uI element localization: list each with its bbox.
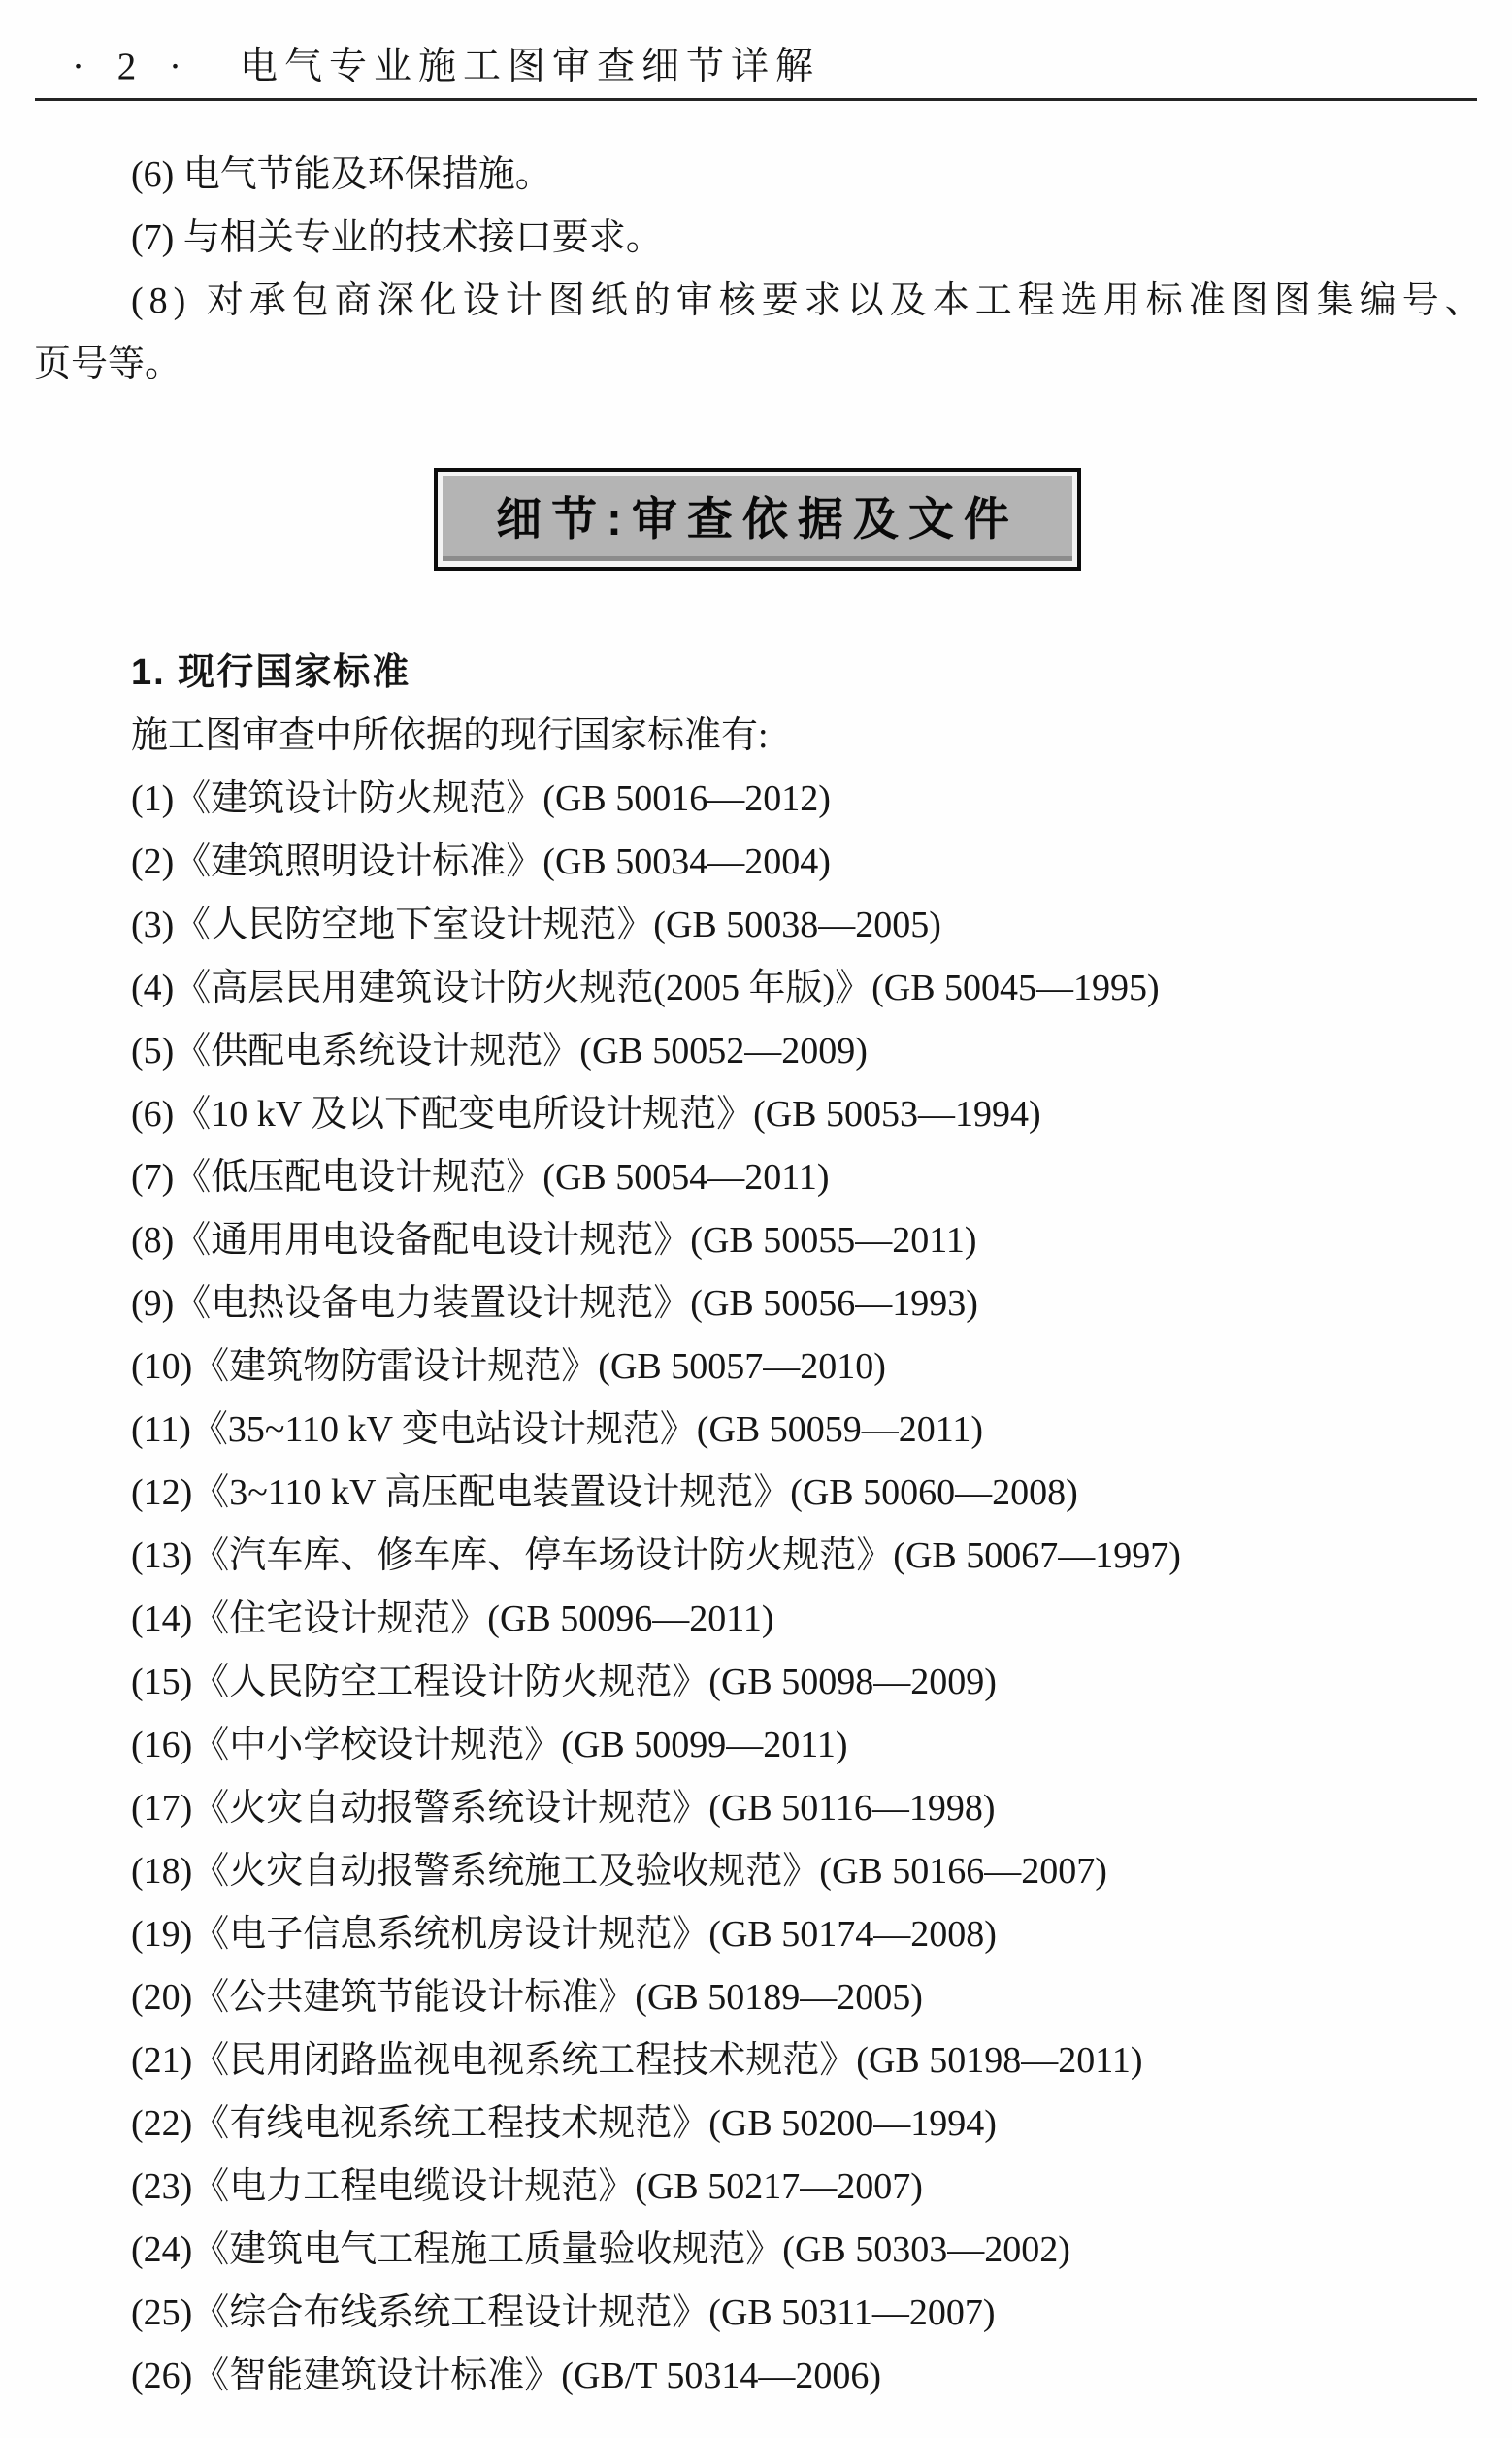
standard-item-20: (20)《公共建筑节能设计标准》(GB 50189—2005) xyxy=(34,1966,1490,2029)
standard-item-11: (11)《35~110 kV 变电站设计规范》(GB 50059—2011) xyxy=(34,1399,1490,1462)
standard-item-16: (16)《中小学校设计规范》(GB 50099—2011) xyxy=(34,1714,1490,1777)
lead-line: 施工图审查中所依据的现行国家标准有: xyxy=(34,705,1490,768)
standard-item-5: (5)《供配电系统设计规范》(GB 50052—2009) xyxy=(34,1020,1490,1083)
intro-line-8-continued: 页号等。 xyxy=(34,333,1485,396)
standard-item-12: (12)《3~110 kV 高压配电装置设计规范》(GB 50060—2008) xyxy=(34,1462,1490,1525)
standard-item-2: (2)《建筑照明设计标准》(GB 50034—2004) xyxy=(34,831,1490,894)
standard-item-22: (22)《有线电视系统工程技术规范》(GB 50200—1994) xyxy=(34,2092,1490,2156)
standards-section: 1. 现行国家标准 施工图审查中所依据的现行国家标准有: (1)《建筑设计防火规… xyxy=(34,642,1490,2408)
standard-item-23: (23)《电力工程电缆设计规范》(GB 50217—2007) xyxy=(34,2156,1490,2219)
standard-item-15: (15)《人民防空工程设计防火规范》(GB 50098—2009) xyxy=(34,1651,1490,1714)
section-title: 细节:审查依据及文件 xyxy=(496,483,1019,548)
intro-line-6: (6) 电气节能及环保措施。 xyxy=(34,144,1485,207)
standard-item-7: (7)《低压配电设计规范》(GB 50054—2011) xyxy=(34,1146,1490,1209)
standard-item-25: (25)《综合布线系统工程设计规范》(GB 50311—2007) xyxy=(34,2282,1490,2345)
standard-item-8: (8)《通用用电设备配电设计规范》(GB 50055—2011) xyxy=(34,1209,1490,1272)
standard-item-13: (13)《汽车库、修车库、停车场设计防火规范》(GB 50067—1997) xyxy=(34,1525,1490,1588)
section-title-panel: 细节:审查依据及文件 xyxy=(443,476,1072,561)
standard-item-3: (3)《人民防空地下室设计规范》(GB 50038—2005) xyxy=(34,894,1490,957)
standard-item-26: (26)《智能建筑设计标准》(GB/T 50314—2006) xyxy=(34,2345,1490,2408)
standard-item-24: (24)《建筑电气工程施工质量验收规范》(GB 50303—2002) xyxy=(34,2219,1490,2282)
standard-item-18: (18)《火灾自动报警系统施工及验收规范》(GB 50166—2007) xyxy=(34,1840,1490,1903)
subsection-heading: 1. 现行国家标准 xyxy=(34,642,1490,705)
book-page: · 2 · 电气专业施工图审查细节详解 (6) 电气节能及环保措施。 (7) 与… xyxy=(0,0,1512,2438)
section-title-box: 细节:审查依据及文件 xyxy=(434,468,1081,571)
standard-item-4: (4)《高层民用建筑设计防火规范(2005 年版)》(GB 50045—1995… xyxy=(34,957,1490,1020)
page-number: · 2 · xyxy=(72,45,193,89)
header-rule xyxy=(35,98,1477,101)
standard-item-21: (21)《民用闭路监视电视系统工程技术规范》(GB 50198—2011) xyxy=(34,2029,1490,2092)
standard-item-9: (9)《电热设备电力装置设计规范》(GB 50056—1993) xyxy=(34,1272,1490,1335)
standard-item-14: (14)《住宅设计规范》(GB 50096—2011) xyxy=(34,1588,1490,1651)
running-title: 电气专业施工图审查细节详解 xyxy=(240,45,820,89)
standard-item-6: (6)《10 kV 及以下配变电所设计规范》(GB 50053—1994) xyxy=(34,1083,1490,1146)
intro-line-8: (8) 对承包商深化设计图纸的审核要求以及本工程选用标准图图集编号、 xyxy=(34,270,1485,333)
standard-item-1: (1)《建筑设计防火规范》(GB 50016—2012) xyxy=(34,768,1490,831)
intro-line-7: (7) 与相关专业的技术接口要求。 xyxy=(34,207,1485,270)
standard-item-19: (19)《电子信息系统机房设计规范》(GB 50174—2008) xyxy=(34,1903,1490,1966)
standard-item-10: (10)《建筑物防雷设计规范》(GB 50057—2010) xyxy=(34,1335,1490,1399)
standard-item-17: (17)《火灾自动报警系统设计规范》(GB 50116—1998) xyxy=(34,1777,1490,1840)
running-header: · 2 · 电气专业施工图审查细节详解 xyxy=(72,45,820,89)
intro-paragraphs: (6) 电气节能及环保措施。 (7) 与相关专业的技术接口要求。 (8) 对承包… xyxy=(34,144,1485,396)
